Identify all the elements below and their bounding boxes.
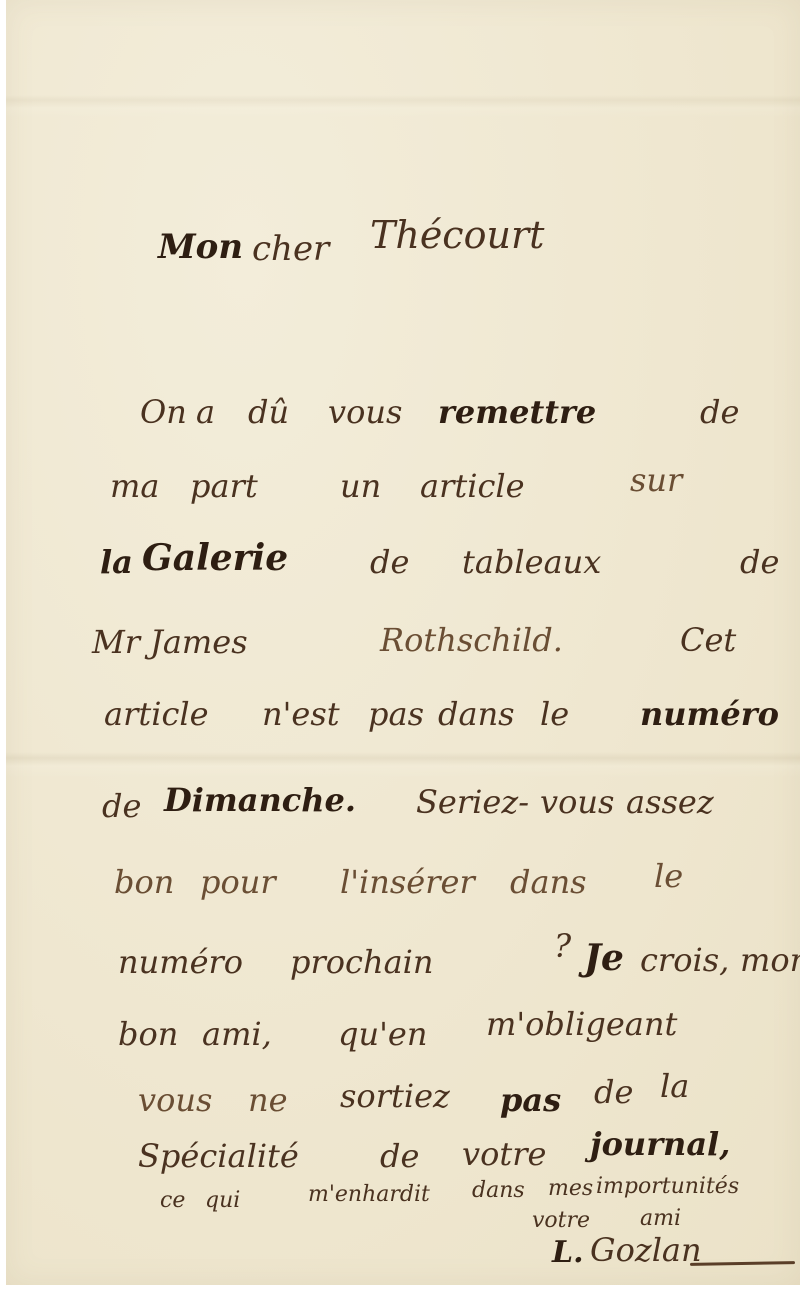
body-word: Je [584,940,624,976]
body-word: de [370,546,409,578]
body-word: dans [510,866,587,898]
body-word: crois, [640,944,729,976]
body-word: dans [472,1180,525,1202]
body-word: pour [200,866,276,898]
body-word: le [540,698,569,730]
salutation: Mon cher Thécourt [0,222,800,282]
body-word: sortiez [340,1080,450,1112]
body-word: Spécialité [138,1140,299,1172]
signature: L. Gozlan [0,1232,800,1289]
signature-initial: L. [552,1238,584,1268]
body-word: article [104,698,209,730]
body-word: remettre [438,396,596,428]
body-word: ami, [202,1018,272,1050]
signature-name: Gozlan [590,1234,702,1266]
body-word: vous [328,396,402,428]
closing-word: ami [640,1208,681,1230]
body-line: Mr James Rothschild. Cet [0,618,800,678]
body-word: de [102,790,141,822]
body-word: ? [554,930,571,962]
body-word: Mr [92,626,140,658]
closing-word: votre [532,1210,590,1232]
body-word: prochain [290,946,434,978]
body-word: vous [138,1084,212,1116]
body-word: importunités [596,1176,739,1198]
body-word: tableaux [462,546,601,578]
body-word: numéro [118,946,243,978]
body-word: James [150,626,248,658]
body-word: On [140,396,187,428]
body-word: pas [500,1084,561,1116]
body-word: assez [626,786,714,818]
body-word: ne [248,1084,288,1116]
body-word: la [660,1070,689,1102]
body-word: Galerie [142,540,288,576]
body-line: article n'est pas dans le numéro [0,690,800,750]
body-word: de [740,546,779,578]
body-line: la Galerie de tableaux de [0,538,800,598]
body-word: part [190,470,258,502]
body-word: dans [438,698,515,730]
body-line: bon pour l'insérer dans le [0,860,800,920]
body-word: de [700,396,739,428]
salutation-word: cher [252,232,329,266]
body-word: pas [368,698,424,730]
body-word: n'est [262,698,340,730]
body-word: Seriez- [416,786,529,818]
body-word: l'insérer [340,866,475,898]
body-line: numéro prochain ? Je crois, mon [0,938,800,998]
body-word: a [196,396,215,428]
salutation-word: Mon [158,230,243,264]
body-word: Dimanche. [164,784,356,816]
body-word: qu'en [338,1018,427,1050]
body-word: de [594,1076,633,1108]
body-word: la [100,546,133,578]
body-word: vous [540,786,614,818]
body-line: ma part un article sur [0,462,800,522]
body-word: Rothschild. [380,624,563,656]
body-word: bon [118,1018,178,1050]
body-word: m'obligeant [486,1008,677,1040]
body-line: bon ami, qu'en m'obligeant [0,1010,800,1070]
body-word: Cet [680,624,736,656]
body-word: m'enhardit [308,1184,430,1206]
body-word: bon [114,866,174,898]
body-word: mes [548,1178,593,1200]
body-word: de [380,1140,419,1172]
body-word: ma [110,470,159,502]
body-word: dû [248,396,289,428]
body-word: journal, [590,1128,730,1160]
body-line: de Dimanche. Seriez- vous assez [0,780,800,840]
body-word: votre [462,1138,546,1170]
body-word: numéro [640,698,779,730]
body-word: mon [740,944,800,976]
body-word: un [340,470,381,502]
body-word: sur [630,464,682,496]
salutation-word: Thécourt [370,216,544,254]
body-line: On a dû vous remettre de [0,390,800,450]
body-word: le [654,860,683,892]
body-word: article [420,470,525,502]
